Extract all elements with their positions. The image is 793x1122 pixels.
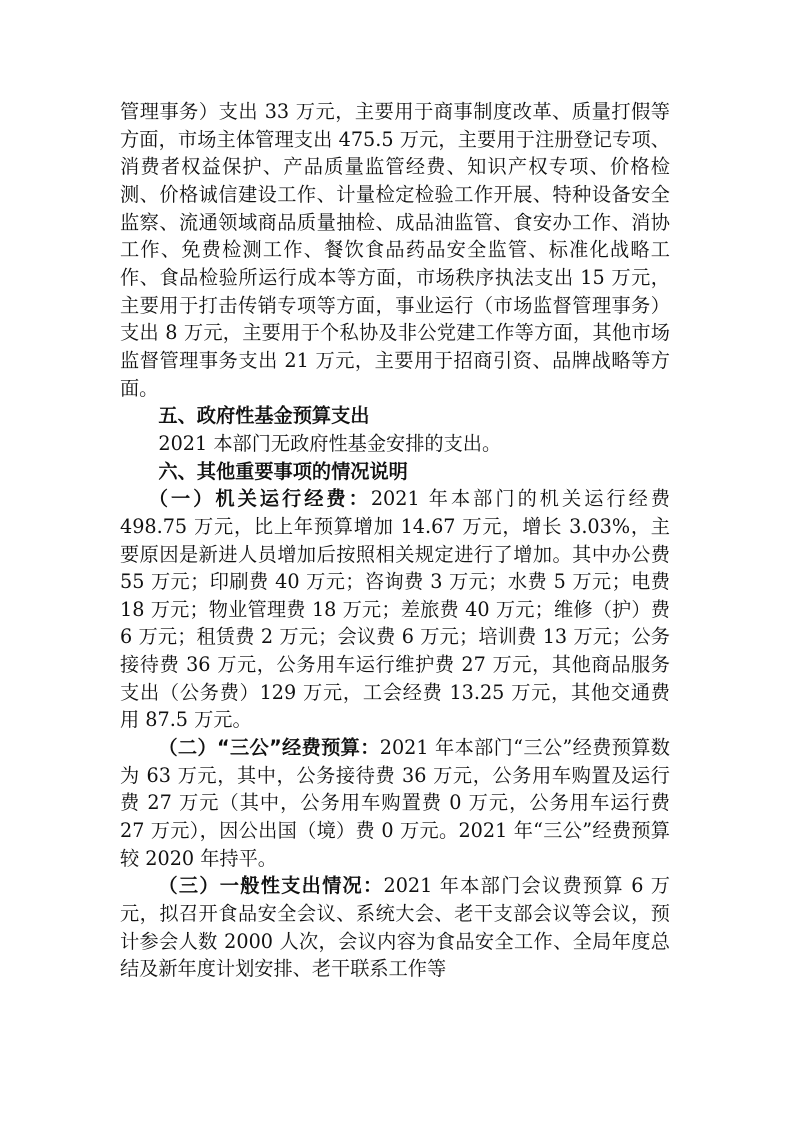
- item-label-general-expenses: （三）一般性支出情况：: [158, 874, 383, 897]
- paragraph-market-supervision-expenses: 管理事务）支出 33 万元，主要用于商事制度改革、质量打假等方面，市场主体管理支…: [120, 98, 670, 402]
- paragraph-three-public-expenses: （二）“三公”经费预算：2021 年本部门“三公”经费预算数为 63 万元，其中…: [120, 734, 670, 872]
- item-body-agency-operating-costs: 2021 年本部门的机关运行经费 498.75 万元，比上年预算增加 14.67…: [120, 487, 670, 731]
- document-page: 管理事务）支出 33 万元，主要用于商事制度改革、质量打假等方面，市场主体管理支…: [120, 98, 670, 983]
- section-heading-other-matters: 六、其他重要事项的情况说明: [120, 458, 670, 486]
- paragraph-general-expenses: （三）一般性支出情况：2021 年本部门会议费预算 6 万元，拟召开食品安全会议…: [120, 872, 670, 983]
- item-label-agency-operating-costs: （一）机关运行经费：: [149, 487, 371, 510]
- paragraph-government-fund: 2021 本部门无政府性基金安排的支出。: [120, 430, 670, 458]
- section-heading-government-fund: 五、政府性基金预算支出: [120, 402, 670, 430]
- paragraph-agency-operating-costs: （一）机关运行经费：2021 年本部门的机关运行经费 498.75 万元，比上年…: [120, 485, 670, 734]
- item-label-three-public-expenses: （二）“三公”经费预算：: [158, 736, 379, 759]
